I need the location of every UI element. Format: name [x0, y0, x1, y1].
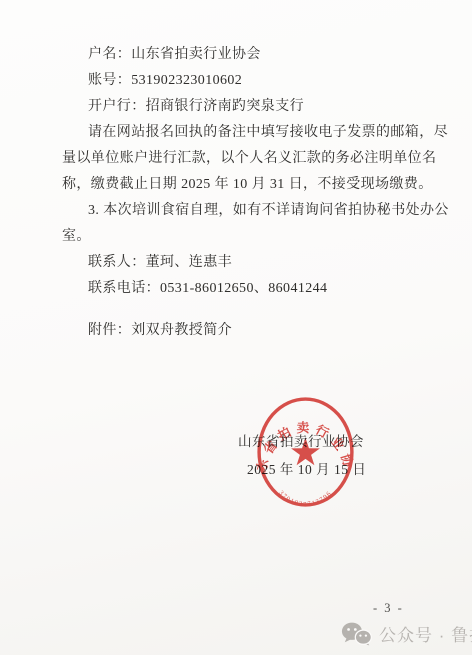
contact-person-line: 联系人：董珂、连惠丰 — [0, 250, 472, 276]
seal-arc-text: 山东省拍卖行业协会 — [255, 395, 356, 473]
body-text-line: 量以单位账户进行汇款，以个人名义汇款的务必注明单位名 — [0, 146, 472, 172]
body-text-line: 称，缴费截止日期 2025 年 10 月 31 日，不接受现场缴费。 — [0, 172, 472, 198]
wechat-icon — [341, 622, 372, 646]
seal-star-icon — [291, 438, 320, 465]
document-page: 户名：山东省拍卖行业协会 账号：531902323010602 开户行：招商银行… — [0, 0, 472, 655]
body-text-line: 请在网站报名回执的备注中填写接收电子发票的邮箱，尽 — [0, 120, 472, 146]
contact-phone-line: 联系电话：0531-86012650、86041244 — [0, 276, 472, 302]
wechat-account-label: 公众号 · 鲁拍协 — [379, 621, 472, 646]
seal-serial-number: 3701027713796 — [277, 490, 333, 508]
attachment-line: 附件：刘双舟教授简介 — [0, 318, 472, 344]
body-text-line: 室。 — [0, 224, 472, 250]
body-text-line: 账号：531902323010602 — [0, 68, 472, 94]
body-text-line: 开户行：招商银行济南趵突泉支行 — [0, 94, 472, 120]
document-body: 户名：山东省拍卖行业协会 账号：531902323010602 开户行：招商银行… — [0, 42, 472, 344]
body-text-line: 户名：山东省拍卖行业协会 — [0, 42, 472, 68]
page-number: - 3 - — [373, 601, 404, 616]
official-seal-stamp: 山东省拍卖行业协会 3701027713796 — [255, 395, 356, 509]
wechat-account-badge: 公众号 · 鲁拍协 — [341, 621, 472, 646]
body-text-line: 3. 本次培训食宿自理，如有不详请询问省拍协秘书处办公 — [0, 198, 472, 224]
